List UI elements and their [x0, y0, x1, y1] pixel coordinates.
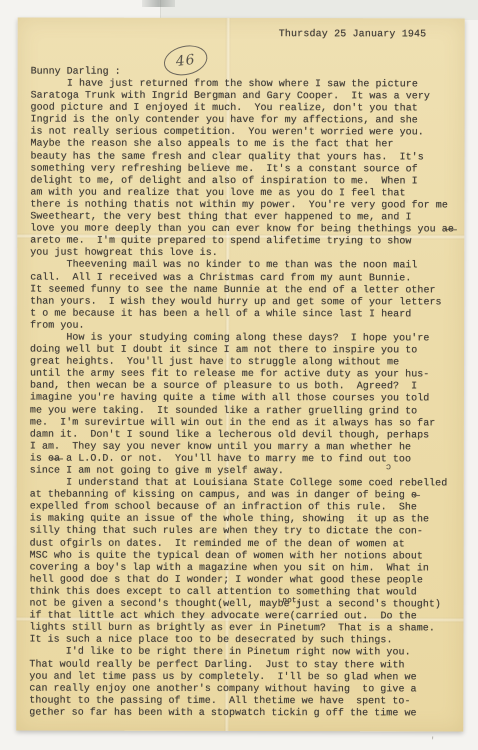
pencil-tick-bottom-right: ' [430, 736, 435, 746]
salutation: Bunny Darling : [31, 67, 121, 78]
letter-body: I have just returned from the show where… [29, 79, 454, 721]
stray-mark: ɔ [386, 462, 391, 472]
typed-insertion-not: not, [283, 597, 302, 605]
page-number: 46 [175, 51, 197, 69]
letter-page: Thursday 25 January 1945 46 Bunny Darlin… [16, 18, 464, 732]
letter-date: Thursday 25 January 1945 [279, 29, 427, 40]
page-number-circle: 46 [161, 41, 210, 79]
top-edge-smudge [142, 0, 175, 7]
photo-background: Thursday 25 January 1945 46 Bunny Darlin… [0, 0, 478, 750]
